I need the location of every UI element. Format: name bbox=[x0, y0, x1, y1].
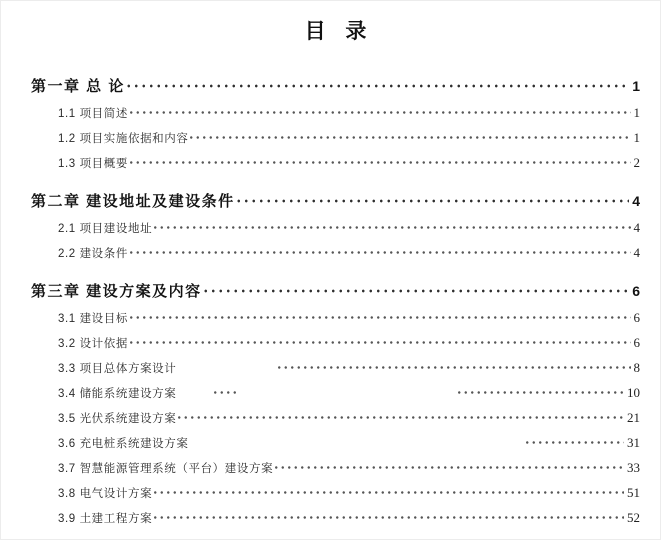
toc-entry-page: 6 bbox=[634, 305, 641, 330]
dot-leader bbox=[524, 430, 624, 455]
toc-entry: 1.1 项目简述1 bbox=[31, 100, 640, 125]
toc-entry-label: 3.4 储能系统建设方案 bbox=[58, 382, 176, 407]
dot-leader bbox=[152, 505, 624, 530]
toc-entry-label: 第一章 总 论 bbox=[31, 73, 125, 100]
toc-entry-label: 1.3 项目概要 bbox=[58, 152, 128, 177]
toc-entry: 3.6 充电桩系统建设方案31 bbox=[31, 430, 640, 455]
toc-entry: 3.7 智慧能源管理系统（平台）建设方案33 bbox=[31, 455, 640, 480]
dot-leader bbox=[456, 380, 624, 405]
leader-gap bbox=[176, 380, 212, 405]
dot-leader bbox=[128, 240, 631, 265]
toc-entry-label: 2.2 建设条件 bbox=[58, 242, 128, 267]
dot-leader bbox=[176, 405, 624, 430]
toc-entry-label: 3.2 设计依据 bbox=[58, 332, 128, 357]
toc-entry: 第一章 总 论1 bbox=[31, 73, 640, 100]
toc-entry-page: 4 bbox=[632, 188, 640, 215]
toc-entry-page: 6 bbox=[632, 278, 640, 305]
toc-entry: 2.1 项目建设地址4 bbox=[31, 215, 640, 240]
toc-entry-label: 3.7 智慧能源管理系统（平台）建设方案 bbox=[58, 457, 273, 482]
leader-gap bbox=[176, 355, 276, 380]
dot-leader bbox=[276, 355, 630, 380]
dot-leader bbox=[128, 330, 631, 355]
toc-list: 第一章 总 论11.1 项目简述11.2 项目实施依据和内容11.3 项目概要2… bbox=[31, 73, 640, 530]
toc-entry-label: 1.2 项目实施依据和内容 bbox=[58, 127, 188, 152]
toc-entry-page: 52 bbox=[627, 505, 640, 530]
dot-leader bbox=[125, 73, 629, 100]
toc-entry: 1.3 项目概要2 bbox=[31, 150, 640, 175]
toc-entry-page: 10 bbox=[627, 380, 640, 405]
toc-entry: 3.9 土建工程方案52 bbox=[31, 505, 640, 530]
toc-entry-page: 1 bbox=[634, 125, 641, 150]
toc-entry-page: 8 bbox=[634, 355, 641, 380]
leader-gap bbox=[188, 430, 524, 455]
toc-entry-label: 3.1 建设目标 bbox=[58, 307, 128, 332]
dot-leader bbox=[273, 455, 624, 480]
toc-entry: 第三章 建设方案及内容6 bbox=[31, 278, 640, 305]
toc-entry-page: 4 bbox=[634, 240, 641, 265]
toc-entry-page: 1 bbox=[632, 73, 640, 100]
dot-leader bbox=[128, 305, 631, 330]
document-page: 目 录 第一章 总 论11.1 项目简述11.2 项目实施依据和内容11.3 项… bbox=[0, 0, 661, 540]
dot-leader bbox=[235, 188, 630, 215]
toc-entry-page: 31 bbox=[627, 430, 640, 455]
toc-entry: 3.3 项目总体方案设计8 bbox=[31, 355, 640, 380]
page-title: 目 录 bbox=[31, 17, 640, 47]
toc-entry-label: 3.6 充电桩系统建设方案 bbox=[58, 432, 188, 457]
toc-entry-label: 第二章 建设地址及建设条件 bbox=[31, 188, 235, 215]
toc-entry: 3.4 储能系统建设方案10 bbox=[31, 380, 640, 405]
toc-entry-label: 3.8 电气设计方案 bbox=[58, 482, 152, 507]
toc-entry-label: 3.3 项目总体方案设计 bbox=[58, 357, 176, 382]
toc-entry-label: 第三章 建设方案及内容 bbox=[31, 278, 202, 305]
toc-entry: 第二章 建设地址及建设条件4 bbox=[31, 188, 640, 215]
toc-entry-page: 4 bbox=[634, 215, 641, 240]
toc-entry: 3.8 电气设计方案51 bbox=[31, 480, 640, 505]
toc-entry: 3.5 光伏系统建设方案21 bbox=[31, 405, 640, 430]
dot-leader bbox=[202, 278, 630, 305]
toc-entry-label: 3.9 土建工程方案 bbox=[58, 507, 152, 532]
toc-entry-label: 1.1 项目简述 bbox=[58, 102, 128, 127]
toc-entry-page: 51 bbox=[627, 480, 640, 505]
dot-leader bbox=[128, 100, 631, 125]
toc-entry-page: 33 bbox=[627, 455, 640, 480]
toc-entry: 3.1 建设目标6 bbox=[31, 305, 640, 330]
toc-entry-label: 3.5 光伏系统建设方案 bbox=[58, 407, 176, 432]
toc-entry-page: 2 bbox=[634, 150, 641, 175]
toc-entry-label: 2.1 项目建设地址 bbox=[58, 217, 152, 242]
leader-gap bbox=[242, 380, 456, 405]
toc-entry-page: 1 bbox=[634, 100, 641, 125]
dot-leader bbox=[152, 215, 630, 240]
dot-leader bbox=[188, 125, 630, 150]
dot-leader bbox=[128, 150, 631, 175]
dot-leader bbox=[212, 380, 239, 405]
toc-entry-page: 21 bbox=[627, 405, 640, 430]
toc-entry: 2.2 建设条件4 bbox=[31, 240, 640, 265]
toc-entry: 3.2 设计依据6 bbox=[31, 330, 640, 355]
toc-entry-page: 6 bbox=[634, 330, 641, 355]
toc-entry: 1.2 项目实施依据和内容1 bbox=[31, 125, 640, 150]
dot-leader bbox=[152, 480, 624, 505]
